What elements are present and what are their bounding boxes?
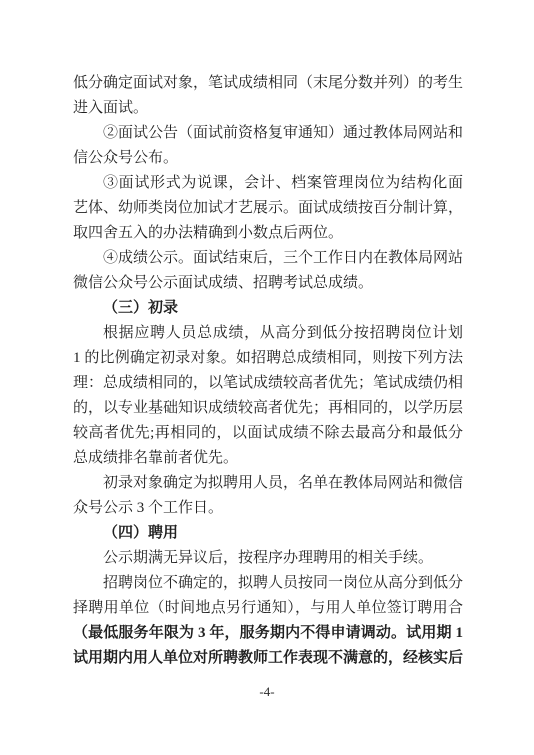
- document-page: 低分确定面试对象，笔试成绩相同（末尾分数并列）的考生均进入面试。②面试公告（面试…: [0, 0, 534, 755]
- text-line: 信公众号公布。: [73, 146, 463, 171]
- text-line: 进入面试。: [73, 96, 463, 121]
- text-line: 的，以专业基础知识成绩较高者优先；再相同的，以学历层次: [73, 396, 463, 421]
- section-heading: （三）初录: [73, 296, 463, 321]
- text-line: 试用期内用人单位对所聘教师工作表现不满意的，经核实后: [73, 646, 463, 671]
- text-line: 理：总成绩相同的，以笔试成绩较高者优先；笔试成绩仍相同: [73, 371, 463, 396]
- text-line: 众号公示 3 个工作日。: [73, 496, 463, 521]
- page-number: -4-: [0, 684, 534, 700]
- text-line: 取四舍五入的办法精确到小数点后两位。: [73, 221, 463, 246]
- text-line: ④成绩公示。面试结束后，三个工作日内在教体局网站和: [73, 246, 463, 271]
- text-line: 总成绩排名靠前者优先。: [73, 446, 463, 471]
- text-line: 根据应聘人员总成绩，从高分到低分按招聘岗位计划 1：: [73, 321, 463, 346]
- document-lines: 低分确定面试对象，笔试成绩相同（末尾分数并列）的考生均进入面试。②面试公告（面试…: [73, 71, 463, 671]
- text-line: 低分确定面试对象，笔试成绩相同（末尾分数并列）的考生均: [73, 71, 463, 96]
- text-line: 微信公众号公示面试成绩、招聘考试总成绩。: [73, 271, 463, 296]
- text-line: 初录对象确定为拟聘用人员，名单在教体局网站和微信公: [73, 471, 463, 496]
- text-line: 公示期满无异议后，按程序办理聘用的相关手续。: [73, 546, 463, 571]
- section-heading: （四）聘用: [73, 521, 463, 546]
- text-line: ③面试形式为说课，会计、档案管理岗位为结构化面试，: [73, 171, 463, 196]
- text-line: 择聘用单位（时间地点另行通知），与用人单位签订聘用合同: [73, 596, 463, 621]
- text-line: 较高者优先;再相同的，以面试成绩不除去最高分和最低分的: [73, 421, 463, 446]
- text-line: 1 的比例确定初录对象。如招聘总成绩相同，则按下列方法处: [73, 346, 463, 371]
- text-line: 招聘岗位不确定的，拟聘人员按同一岗位从高分到低分选: [73, 571, 463, 596]
- text-line: （最低服务年限为 3 年，服务期内不得申请调动。试用期 1 年，: [73, 621, 463, 646]
- text-line: ②面试公告（面试前资格复审通知）通过教体局网站和微: [73, 121, 463, 146]
- text-line: 艺体、幼师类岗位加试才艺展示。面试成绩按百分制计算，采: [73, 196, 463, 221]
